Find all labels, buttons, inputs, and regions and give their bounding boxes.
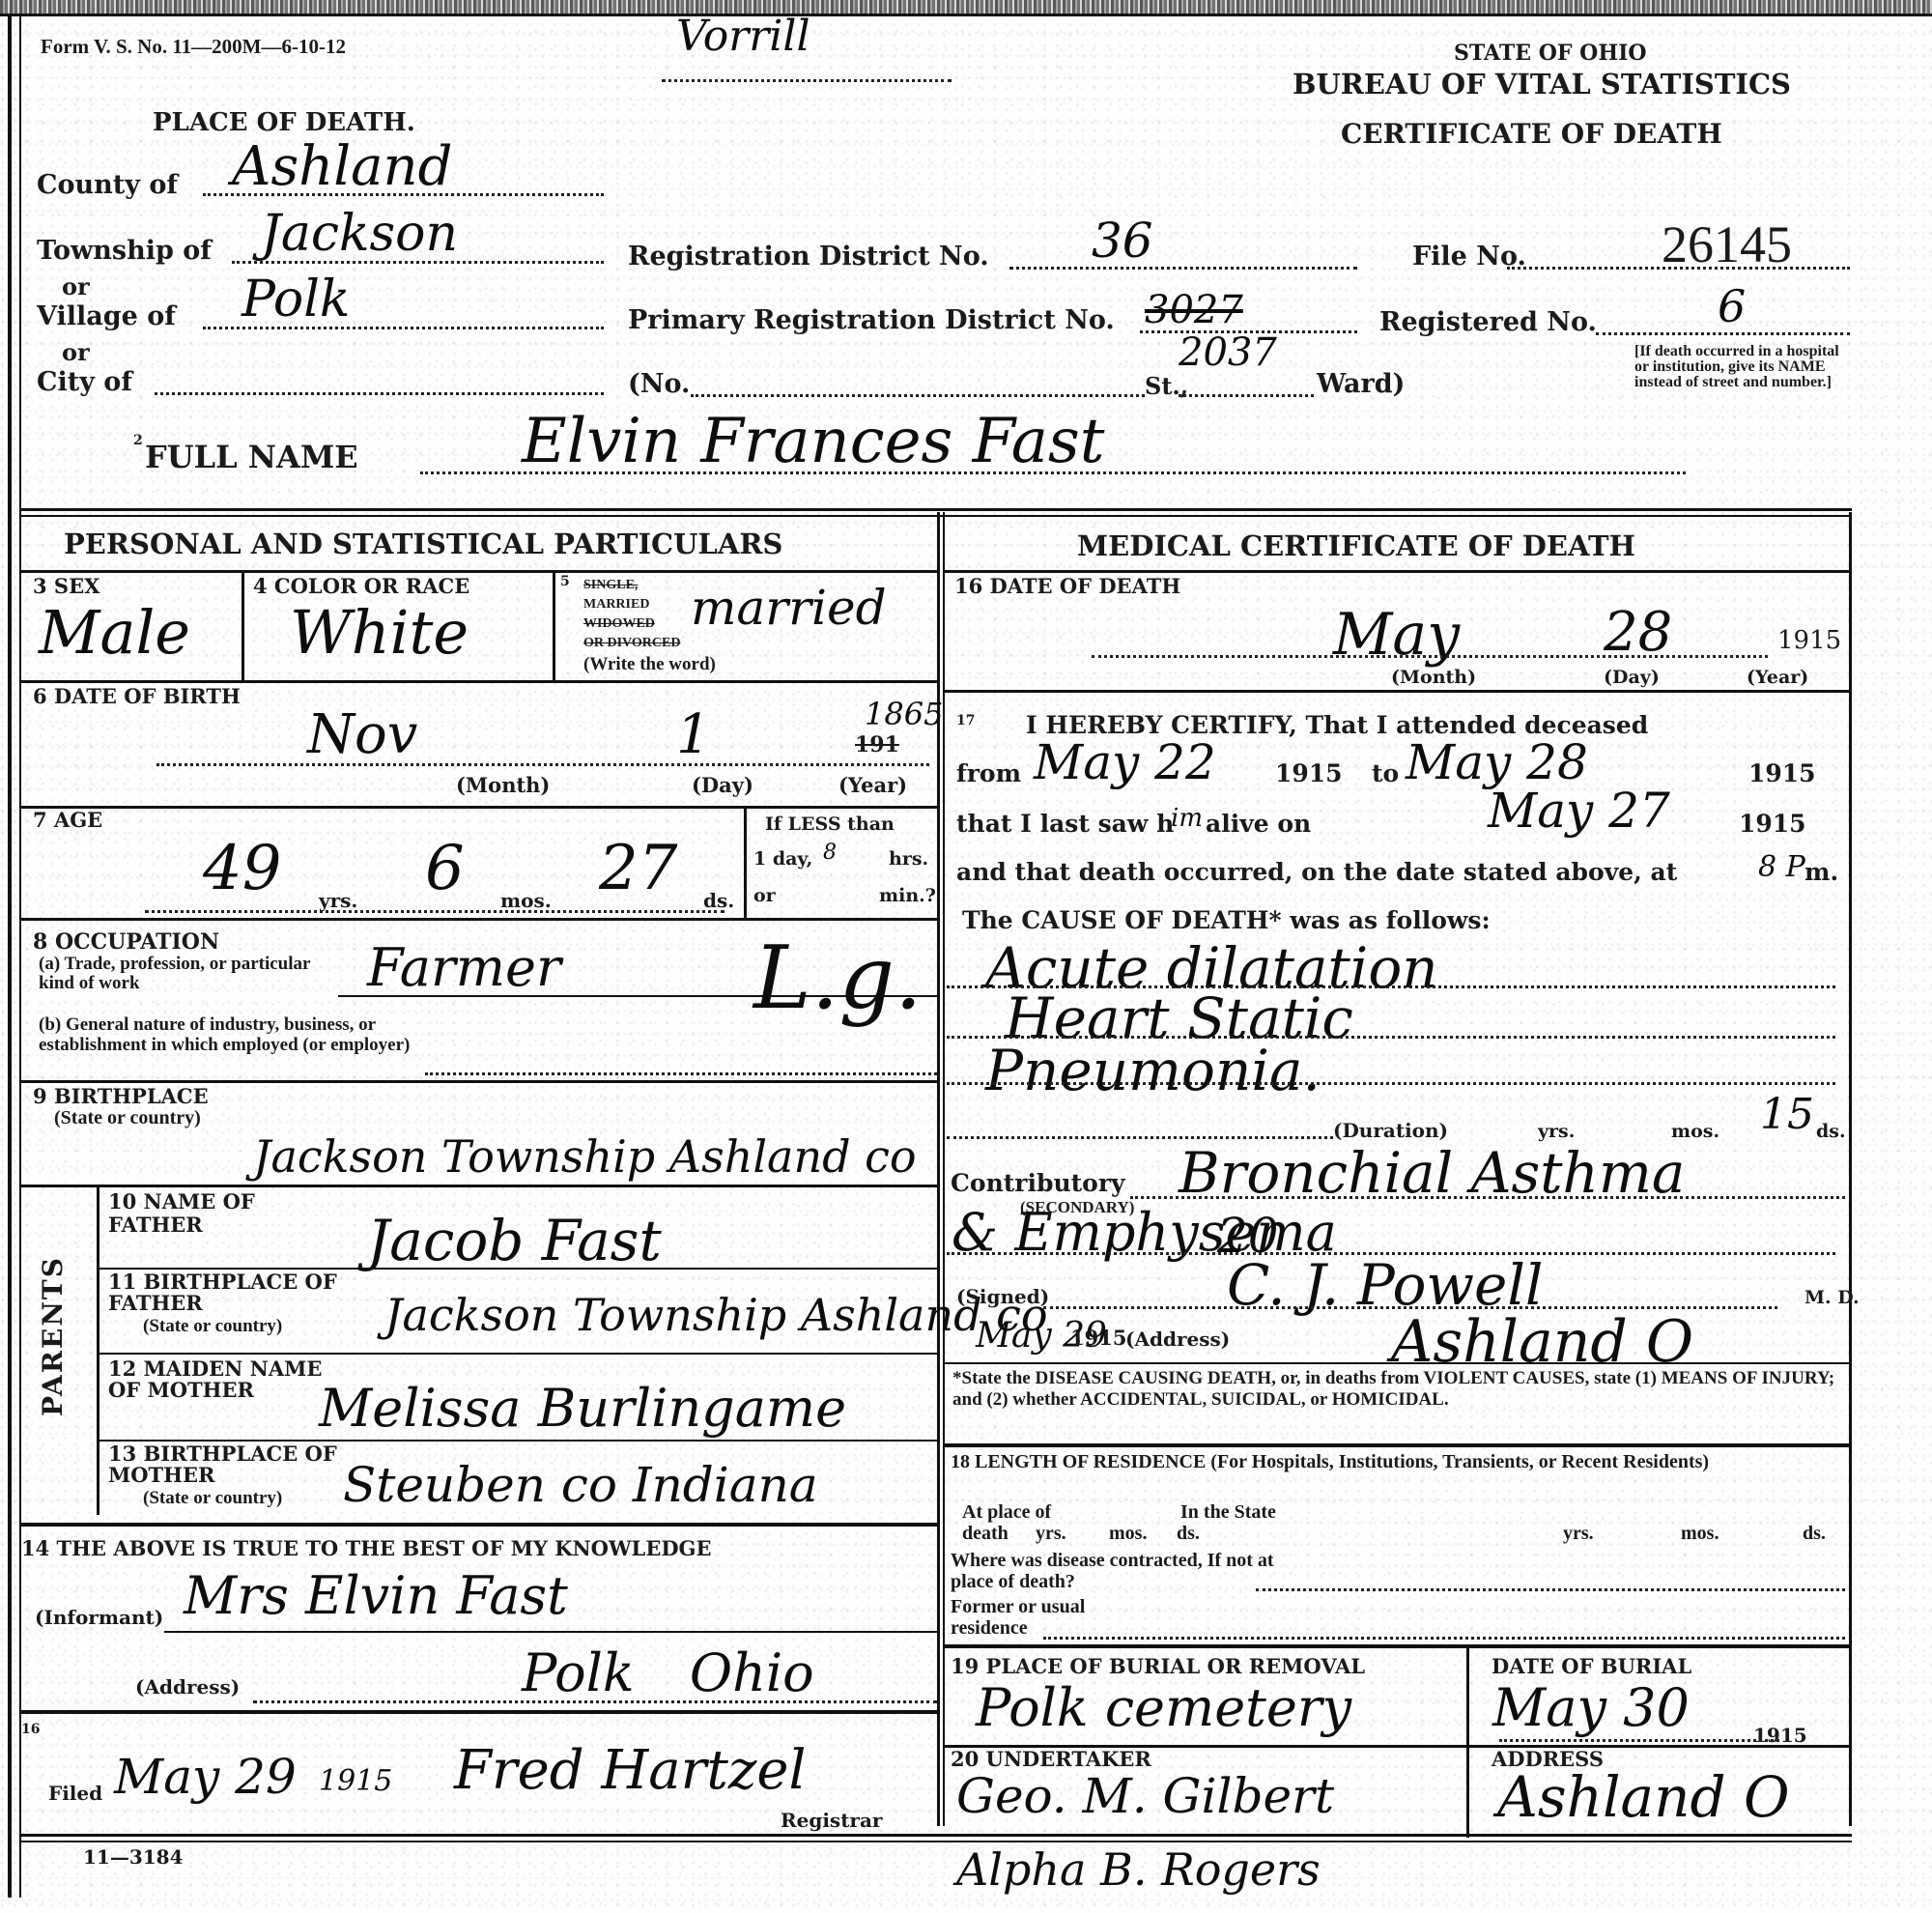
dod-year-label: (Year) <box>1747 667 1808 688</box>
margin-mark: L.g. <box>753 928 923 1029</box>
bureau-heading: BUREAU OF VITAL STATISTICS <box>1293 68 1791 100</box>
age-days[interactable]: 27 <box>599 833 677 904</box>
burial-date-value[interactable]: May 30 <box>1492 1677 1690 1738</box>
reg-district-value[interactable]: 36 <box>1092 213 1153 269</box>
full-name-label: FULL NAME <box>145 439 358 475</box>
sign-address-label: (Address) <box>1125 1328 1230 1351</box>
street-line <box>691 394 1145 397</box>
occupation-label: 8 OCCUPATION <box>33 929 219 955</box>
marital-note: (Write the word) <box>583 654 716 675</box>
reg-district-label: Registration District No. <box>628 242 989 271</box>
dob-month-label: (Month) <box>456 773 550 797</box>
bottom-rule <box>21 1834 1852 1837</box>
former-residence-line <box>1043 1637 1845 1640</box>
village-label: Village of <box>37 301 176 331</box>
marital-option-married: MARRIED <box>583 597 649 613</box>
age-yrs-label: yrs. <box>319 889 357 912</box>
duration-value[interactable]: 15 <box>1760 1090 1814 1139</box>
dob-line <box>156 763 929 766</box>
less-hrs-value[interactable]: 8 <box>823 841 837 865</box>
township-label: Township of <box>37 236 212 266</box>
filed-date[interactable]: May 29 <box>114 1749 297 1805</box>
filing-num: 16 <box>21 1722 40 1737</box>
mother-name-value[interactable]: Melissa Burlingame <box>319 1378 846 1439</box>
duration-ds-label: ds. <box>1816 1121 1846 1142</box>
hospital-note: [If death occurred in a hospital or inst… <box>1634 344 1852 390</box>
duration-mos-label: mos. <box>1671 1121 1719 1142</box>
informant-value[interactable]: Mrs Elvin Fast <box>184 1565 568 1626</box>
to-year[interactable]: 1915 <box>1748 759 1816 787</box>
duration-yrs-label: yrs. <box>1538 1121 1575 1142</box>
dob-day[interactable]: 1 <box>676 703 711 766</box>
registrar-label: Registrar <box>781 1809 882 1832</box>
occurred-time[interactable]: 8 P <box>1758 850 1805 884</box>
dod-month-label: (Month) <box>1391 667 1476 688</box>
from-year[interactable]: 1915 <box>1275 759 1343 787</box>
sign-address-value[interactable]: Ashland O <box>1391 1308 1693 1376</box>
birthplace-value[interactable]: Jackson Township Ashland co <box>253 1130 917 1183</box>
village-value[interactable]: Polk <box>241 271 350 328</box>
divider <box>553 572 555 680</box>
age-mos-label: mos. <box>500 889 552 912</box>
top-handwriting: Vorrill <box>676 12 810 61</box>
ward-line <box>1179 394 1314 397</box>
ward-label: Ward) <box>1317 369 1405 399</box>
race-value[interactable]: White <box>290 597 469 668</box>
primary-reg-label: Primary Registration District No. <box>628 305 1115 335</box>
at-place-mos: mos. <box>1109 1523 1147 1545</box>
marital-option-widowed: WIDOWED <box>583 616 655 632</box>
contributory-line <box>1130 1196 1845 1199</box>
filed-year[interactable]: 1915 <box>319 1764 392 1798</box>
marital-option-single: SINGLE, <box>583 578 638 593</box>
registrar-value[interactable]: Fred Hartzel <box>454 1739 806 1802</box>
marital-value[interactable]: married <box>691 580 887 636</box>
primary-reg-alt[interactable]: 2037 <box>1179 330 1277 375</box>
burial-date-year[interactable]: 1915 <box>1753 1724 1807 1747</box>
rule <box>21 1080 937 1083</box>
in-state-ds: ds. <box>1803 1523 1826 1545</box>
in-state-label: In the State <box>1180 1501 1296 1523</box>
burial-place-label: 19 PLACE OF BURIAL OR REMOVAL <box>951 1654 1365 1678</box>
county-value[interactable]: Ashland <box>232 135 452 198</box>
sex-label: 3 SEX <box>33 574 99 598</box>
city-line <box>155 392 604 395</box>
occupation-b-label: (b) General nature of industry, business… <box>39 1014 425 1055</box>
at-place-yrs: yrs. <box>1036 1523 1066 1545</box>
divider <box>1466 1648 1469 1838</box>
occurred-text: and that death occurred, on the date sta… <box>956 858 1677 886</box>
contributory-label: Contributory <box>951 1169 1125 1197</box>
alive-on-year[interactable]: 1915 <box>1739 810 1806 838</box>
bottom-rule-2 <box>21 1841 1852 1842</box>
reg-district-line <box>1009 267 1357 270</box>
top-line <box>662 79 952 82</box>
registered-no-label: Registered No. <box>1379 307 1597 337</box>
less-than-label: If LESS than <box>765 814 895 835</box>
left-border-inner <box>19 14 21 1898</box>
age-line <box>145 910 724 913</box>
less-day-label: 1 day, <box>753 848 812 870</box>
in-state-mos: mos. <box>1681 1523 1719 1545</box>
dod-month[interactable]: May <box>1333 601 1460 669</box>
occupation-a-label: (a) Trade, profession, or particular kin… <box>39 955 348 993</box>
marital-num: 5 <box>560 574 570 589</box>
state-heading: STATE OF OHIO <box>1454 41 1647 66</box>
form-number: Form V. S. No. 11—200M—6-10-12 <box>41 35 346 59</box>
age-years[interactable]: 49 <box>203 833 281 904</box>
alive-on-label: alive on <box>1206 810 1311 838</box>
sex-value[interactable]: Male <box>39 597 190 668</box>
informant-label: (Informant) <box>35 1606 163 1629</box>
left-border <box>8 14 12 1898</box>
county-label: County of <box>37 170 178 200</box>
at-place-ds: ds. <box>1177 1523 1200 1545</box>
undertaker-value[interactable]: Geo. M. Gilbert <box>956 1768 1334 1824</box>
parents-side-label: PARENTS <box>37 1256 69 1416</box>
personal-heading: PERSONAL AND STATISTICAL PARTICULARS <box>64 528 782 560</box>
rule <box>21 1710 937 1714</box>
former-residence-label: Former or usual residence <box>951 1596 1105 1639</box>
informant-address-value[interactable]: Polk Ohio <box>522 1642 814 1703</box>
to-label: to <box>1372 759 1399 787</box>
address-line <box>253 1700 937 1703</box>
scan-edge <box>0 0 1932 14</box>
section-rule <box>21 508 1852 511</box>
from-value[interactable]: May 22 <box>1034 734 1216 790</box>
primary-reg-value[interactable]: 3027 <box>1145 288 1243 332</box>
father-name-value[interactable]: Jacob Fast <box>367 1208 662 1273</box>
undertaker-address-value[interactable]: Ashland O <box>1497 1764 1790 1830</box>
dod-year[interactable]: 1915 <box>1777 626 1841 655</box>
registered-no-value[interactable]: 6 <box>1718 280 1746 332</box>
dob-year-label: (Year) <box>838 773 907 797</box>
occupation-b-line <box>425 1072 937 1075</box>
age-ds-label: ds. <box>703 889 734 912</box>
rule <box>945 570 1851 573</box>
full-name-num: 2 <box>133 433 143 448</box>
father-birthplace-value[interactable]: Jackson Township Ashland co <box>384 1289 1048 1341</box>
duration-label: (Duration) <box>1333 1119 1448 1142</box>
dod-day-label: (Day) <box>1604 667 1660 688</box>
filed-label: Filed <box>48 1782 102 1805</box>
medical-heading: MEDICAL CERTIFICATE OF DEATH <box>1077 529 1635 562</box>
occurred-suffix: m. <box>1804 858 1838 886</box>
birthplace-sub: (State or country) <box>54 1107 201 1129</box>
less-hrs-label: hrs. <box>889 848 928 870</box>
rule <box>21 1185 937 1187</box>
mother-birthplace-value[interactable]: Steuben co Indiana <box>343 1457 818 1513</box>
file-no-value[interactable]: 26145 <box>1662 214 1792 274</box>
rule <box>21 806 937 809</box>
mother-birthplace-sub: (State or country) <box>143 1488 282 1509</box>
dob-year[interactable]: 1865 <box>865 696 943 732</box>
certificate-title: CERTIFICATE OF DEATH <box>1341 118 1722 150</box>
informant-line <box>164 1631 937 1633</box>
divider <box>744 808 747 918</box>
residence-heading: 18 LENGTH OF RESIDENCE (For Hospitals, I… <box>951 1451 1845 1472</box>
father-name-label: 10 NAME OF FATHER <box>108 1190 272 1237</box>
last-saw-text: that I last saw h <box>956 810 1174 838</box>
contracted-line <box>1256 1588 1845 1591</box>
dob-month[interactable]: Nov <box>307 703 417 766</box>
mother-birthplace-label: 13 BIRTHPLACE OF MOTHER <box>108 1443 340 1486</box>
father-birthplace-label: 11 BIRTHPLACE OF FATHER <box>108 1271 340 1314</box>
burial-date-line <box>1499 1739 1779 1742</box>
marital-option-divorced: OR DIVORCED <box>583 636 680 651</box>
top-border <box>0 14 1932 16</box>
full-name-value[interactable]: Elvin Frances Fast <box>522 406 1104 477</box>
less-or-label: or <box>753 885 776 906</box>
duration-line <box>947 1136 1333 1139</box>
township-value[interactable]: Jackson <box>261 205 458 263</box>
or-label-1: or <box>62 272 90 300</box>
right-border <box>1849 512 1852 1826</box>
race-label: 4 COLOR OR RACE <box>253 574 469 598</box>
rule <box>945 690 1851 693</box>
age-label: 7 AGE <box>33 808 102 832</box>
rule <box>21 918 937 921</box>
informant-heading: 14 THE ABOVE IS TRUE TO THE BEST OF MY K… <box>21 1536 711 1560</box>
informant-address-label: (Address) <box>135 1675 240 1699</box>
full-name-line <box>420 471 1686 474</box>
burial-date-label: DATE OF BURIAL <box>1492 1654 1691 1678</box>
birthplace-label: 9 BIRTHPLACE <box>33 1084 209 1108</box>
rule <box>945 1644 1851 1648</box>
contracted-label: Where was disease contracted, If not at … <box>951 1550 1298 1592</box>
dob-year-printed: 191 <box>855 732 899 757</box>
death-certificate: Form V. S. No. 11—200M—6-10-12 Vorrill S… <box>0 0 1932 1913</box>
occupation-a-value[interactable]: Farmer <box>367 937 561 998</box>
rule <box>945 1362 1851 1364</box>
rule <box>97 1353 937 1355</box>
form-code: 11—3184 <box>83 1845 184 1869</box>
or-label-2: or <box>62 338 90 366</box>
bottom-signature: Alpha B. Rogers <box>956 1843 1321 1896</box>
city-label: City of <box>37 367 132 397</box>
file-no-line <box>1507 267 1850 270</box>
registered-no-line <box>1596 332 1850 335</box>
footnote: *State the DISEASE CAUSING DEATH, or, in… <box>952 1368 1847 1411</box>
last-saw-pronoun[interactable]: im <box>1171 804 1203 833</box>
county-line <box>203 193 604 196</box>
alive-on-value[interactable]: May 27 <box>1488 783 1670 839</box>
dob-label: 6 DATE OF BIRTH <box>33 684 241 708</box>
dob-day-label: (Day) <box>692 773 753 797</box>
village-line <box>203 327 604 329</box>
less-min-label: min.? <box>879 885 936 906</box>
from-label: from <box>956 759 1021 787</box>
cause-line <box>947 1082 1835 1085</box>
primary-reg-line <box>1140 330 1357 333</box>
in-state-yrs: yrs. <box>1563 1523 1594 1545</box>
rule <box>945 1443 1851 1447</box>
cause-line-3[interactable]: Pneumonia. <box>985 1038 1321 1103</box>
age-months[interactable]: 6 <box>425 833 465 904</box>
father-birthplace-sub: (State or country) <box>143 1316 282 1337</box>
cause-label: The CAUSE OF DEATH* was as follows: <box>962 906 1491 934</box>
parents-divider <box>97 1186 99 1515</box>
rule <box>21 1523 937 1527</box>
dod-line <box>1092 655 1768 658</box>
divider <box>241 572 244 680</box>
certify-num: 17 <box>956 713 975 728</box>
rule <box>21 680 937 683</box>
township-line <box>232 261 604 264</box>
at-place-label: At place of death <box>962 1501 1088 1544</box>
no-label: (No. <box>628 369 690 399</box>
md-label: M. D. <box>1804 1287 1860 1308</box>
place-of-death-heading: PLACE OF DEATH. <box>153 108 415 137</box>
dod-label: 16 DATE OF DEATH <box>954 574 1180 598</box>
signed-label: (Signed) <box>956 1285 1049 1308</box>
rule <box>21 570 937 573</box>
burial-place-value[interactable]: Polk cemetery <box>976 1677 1351 1738</box>
sign-year[interactable]: 1915 <box>1070 1326 1126 1350</box>
